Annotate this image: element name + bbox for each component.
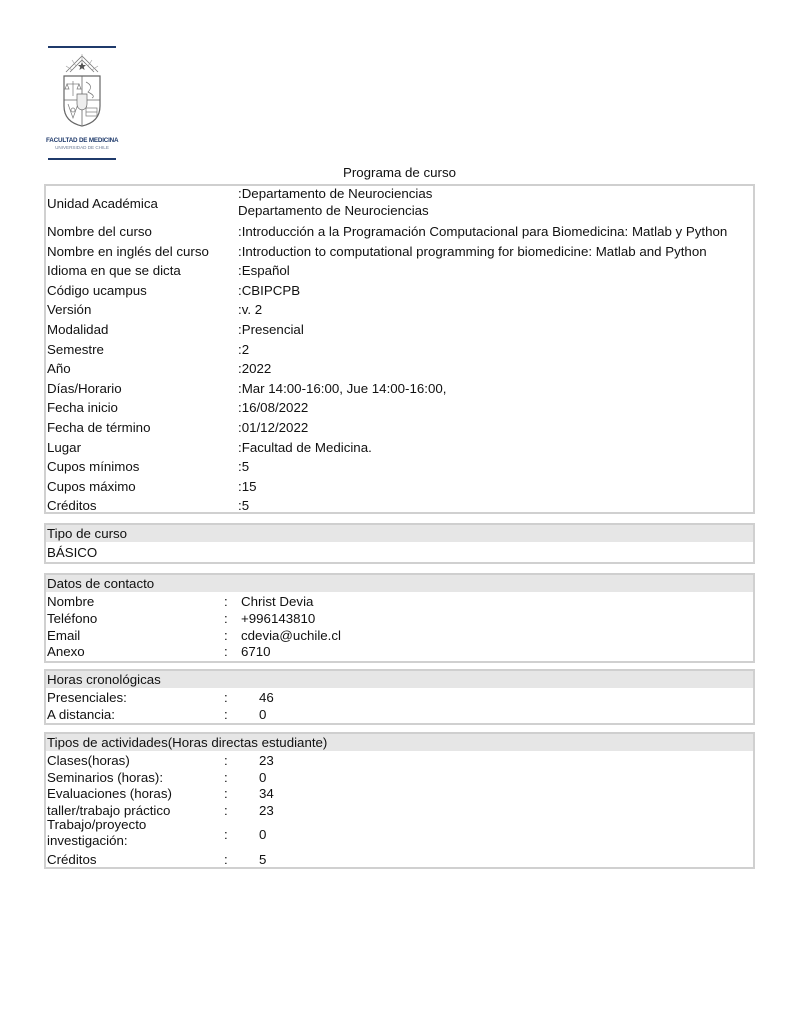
row-label: taller/trabajo práctico xyxy=(47,802,170,819)
info-value: :CBIPCPB xyxy=(238,281,300,301)
section-row: Anexo:6710 xyxy=(46,643,753,660)
row-value: 0 xyxy=(259,706,266,723)
info-label: Código ucampus xyxy=(47,281,147,301)
info-row: Créditos:5 xyxy=(46,496,753,516)
row-colon: : xyxy=(224,689,228,706)
info-value: :5 xyxy=(238,496,249,516)
hours-section: Horas cronológicas Presenciales::46A dis… xyxy=(44,669,755,725)
row-label: Evaluaciones (horas) xyxy=(47,785,172,802)
row-colon: : xyxy=(224,706,228,723)
info-value: :01/12/2022 xyxy=(238,418,308,438)
row-value: cdevia@uchile.cl xyxy=(241,627,341,644)
info-value: :Facultad de Medicina. xyxy=(238,438,372,458)
info-label: Cupos máximo xyxy=(47,477,136,497)
row-label: Clases(horas) xyxy=(47,752,130,769)
info-label: Fecha inicio xyxy=(47,398,118,418)
info-row: Cupos mínimos:5 xyxy=(46,457,753,477)
info-row: Lugar:Facultad de Medicina. xyxy=(46,438,753,458)
info-row: Fecha inicio:16/08/2022 xyxy=(46,398,753,418)
row-value: 0 xyxy=(259,769,266,786)
row-colon: : xyxy=(224,627,228,644)
row-colon: : xyxy=(224,643,228,660)
row-value: 6710 xyxy=(241,643,271,660)
section-row: Email:cdevia@uchile.cl xyxy=(46,627,753,644)
course-type-section: Tipo de curso BÁSICO xyxy=(44,523,755,564)
row-colon: : xyxy=(224,593,228,610)
info-value: :Mar 14:00-16:00, Jue 14:00-16:00, xyxy=(238,379,446,399)
section-row: Teléfono:+996143810 xyxy=(46,610,753,627)
info-row: Código ucampus:CBIPCPB xyxy=(46,281,753,301)
info-value: :2022 xyxy=(238,359,271,379)
faculty-name: FACULTAD DE MEDICINA xyxy=(46,137,118,144)
faculty-logo: FACULTAD DE MEDICINA UNIVERSIDAD DE CHIL… xyxy=(46,46,118,160)
info-value: :Departamento de Neurociencias xyxy=(238,185,432,203)
info-value: :v. 2 xyxy=(238,300,262,320)
row-label: Email xyxy=(47,627,80,644)
row-colon: : xyxy=(224,785,228,802)
row-colon: : xyxy=(224,826,228,843)
info-value-continued: Departamento de Neurociencias xyxy=(238,202,429,220)
info-label: Modalidad xyxy=(47,320,108,340)
info-label: Créditos xyxy=(47,496,97,516)
info-row: Semestre:2 xyxy=(46,340,753,360)
row-label: Anexo xyxy=(47,643,85,660)
row-colon: : xyxy=(224,802,228,819)
info-value: :16/08/2022 xyxy=(238,398,308,418)
row-value: +996143810 xyxy=(241,610,315,627)
row-label: Teléfono xyxy=(47,610,97,627)
row-value: 0 xyxy=(259,826,266,843)
row-colon: : xyxy=(224,851,228,868)
info-row: Días/Horario:Mar 14:00-16:00, Jue 14:00-… xyxy=(46,379,753,399)
info-label: Cupos mínimos xyxy=(47,457,139,477)
info-row: Nombre del curso:Introducción a la Progr… xyxy=(46,222,753,242)
contact-section: Datos de contacto Nombre:Christ DeviaTel… xyxy=(44,573,755,663)
section-row: Evaluaciones (horas):34 xyxy=(46,785,753,802)
section-row: Clases(horas):23 xyxy=(46,752,753,769)
row-value: 34 xyxy=(259,785,274,802)
page-title: Programa de curso xyxy=(44,165,755,180)
row-value: 23 xyxy=(259,802,274,819)
info-label: Año xyxy=(47,359,71,379)
info-value: :Español xyxy=(238,261,290,281)
row-label: Nombre xyxy=(47,593,94,610)
info-label: Lugar xyxy=(47,438,81,458)
logo-top-bar xyxy=(48,46,116,48)
info-row: Fecha de término:01/12/2022 xyxy=(46,418,753,438)
info-label: Semestre xyxy=(47,340,104,360)
row-value: 5 xyxy=(259,851,266,868)
university-name: UNIVERSIDAD DE CHILE xyxy=(46,145,118,150)
row-label: Trabajo/proyecto xyxy=(47,817,146,833)
section-row: Trabajo/proyectoinvestigación::0 xyxy=(46,818,753,851)
logo-bottom-bar xyxy=(48,158,116,160)
general-info-table: Unidad Académica:Departamento de Neuroci… xyxy=(44,184,755,514)
info-row: Modalidad:Presencial xyxy=(46,320,753,340)
info-row: Nombre en inglés del curso:Introduction … xyxy=(46,242,753,262)
section-row: taller/trabajo práctico:23 xyxy=(46,802,753,819)
info-value: :15 xyxy=(238,477,257,497)
row-colon: : xyxy=(224,610,228,627)
info-value: :Introducción a la Programación Computac… xyxy=(238,222,727,242)
contact-header: Datos de contacto xyxy=(46,575,753,592)
row-value: Christ Devia xyxy=(241,593,313,610)
info-label: Nombre del curso xyxy=(47,222,152,242)
row-label: A distancia: xyxy=(47,706,115,723)
activities-header: Tipos de actividades(Horas directas estu… xyxy=(46,734,753,751)
section-row: Créditos:5 xyxy=(46,851,753,868)
info-value: :2 xyxy=(238,340,249,360)
university-crest-icon xyxy=(60,52,104,128)
info-label: Fecha de término xyxy=(47,418,150,438)
row-value: 46 xyxy=(259,689,274,706)
section-row: Presenciales::46 xyxy=(46,689,753,706)
hours-header: Horas cronológicas xyxy=(46,671,753,688)
info-row: Año:2022 xyxy=(46,359,753,379)
course-type-value-row: BÁSICO xyxy=(46,544,753,561)
row-label: Presenciales: xyxy=(47,689,127,706)
row-label: Créditos xyxy=(47,851,97,868)
row-label-continued: investigación: xyxy=(47,833,128,849)
info-row: Versión:v. 2 xyxy=(46,300,753,320)
info-label: Días/Horario xyxy=(47,379,122,399)
row-value: 23 xyxy=(259,752,274,769)
info-value: :Presencial xyxy=(238,320,304,340)
info-row: Cupos máximo:15 xyxy=(46,477,753,497)
row-label: Seminarios (horas): xyxy=(47,769,163,786)
info-row: Idioma en que se dicta:Español xyxy=(46,261,753,281)
info-label: Nombre en inglés del curso xyxy=(47,242,209,262)
info-row: Unidad Académica:Departamento de Neuroci… xyxy=(46,186,753,222)
info-label: Idioma en que se dicta xyxy=(47,261,181,281)
info-value: :Introduction to computational programmi… xyxy=(238,242,707,262)
section-row: Nombre:Christ Devia xyxy=(46,593,753,610)
info-label: Versión xyxy=(47,300,91,320)
activities-section: Tipos de actividades(Horas directas estu… xyxy=(44,732,755,869)
section-row: Seminarios (horas)::0 xyxy=(46,769,753,786)
course-type-header: Tipo de curso xyxy=(46,525,753,542)
row-colon: : xyxy=(224,769,228,786)
info-value: :5 xyxy=(238,457,249,477)
info-label: Unidad Académica xyxy=(47,194,158,214)
section-row: A distancia::0 xyxy=(46,706,753,723)
row-colon: : xyxy=(224,752,228,769)
course-type-value: BÁSICO xyxy=(47,544,97,561)
